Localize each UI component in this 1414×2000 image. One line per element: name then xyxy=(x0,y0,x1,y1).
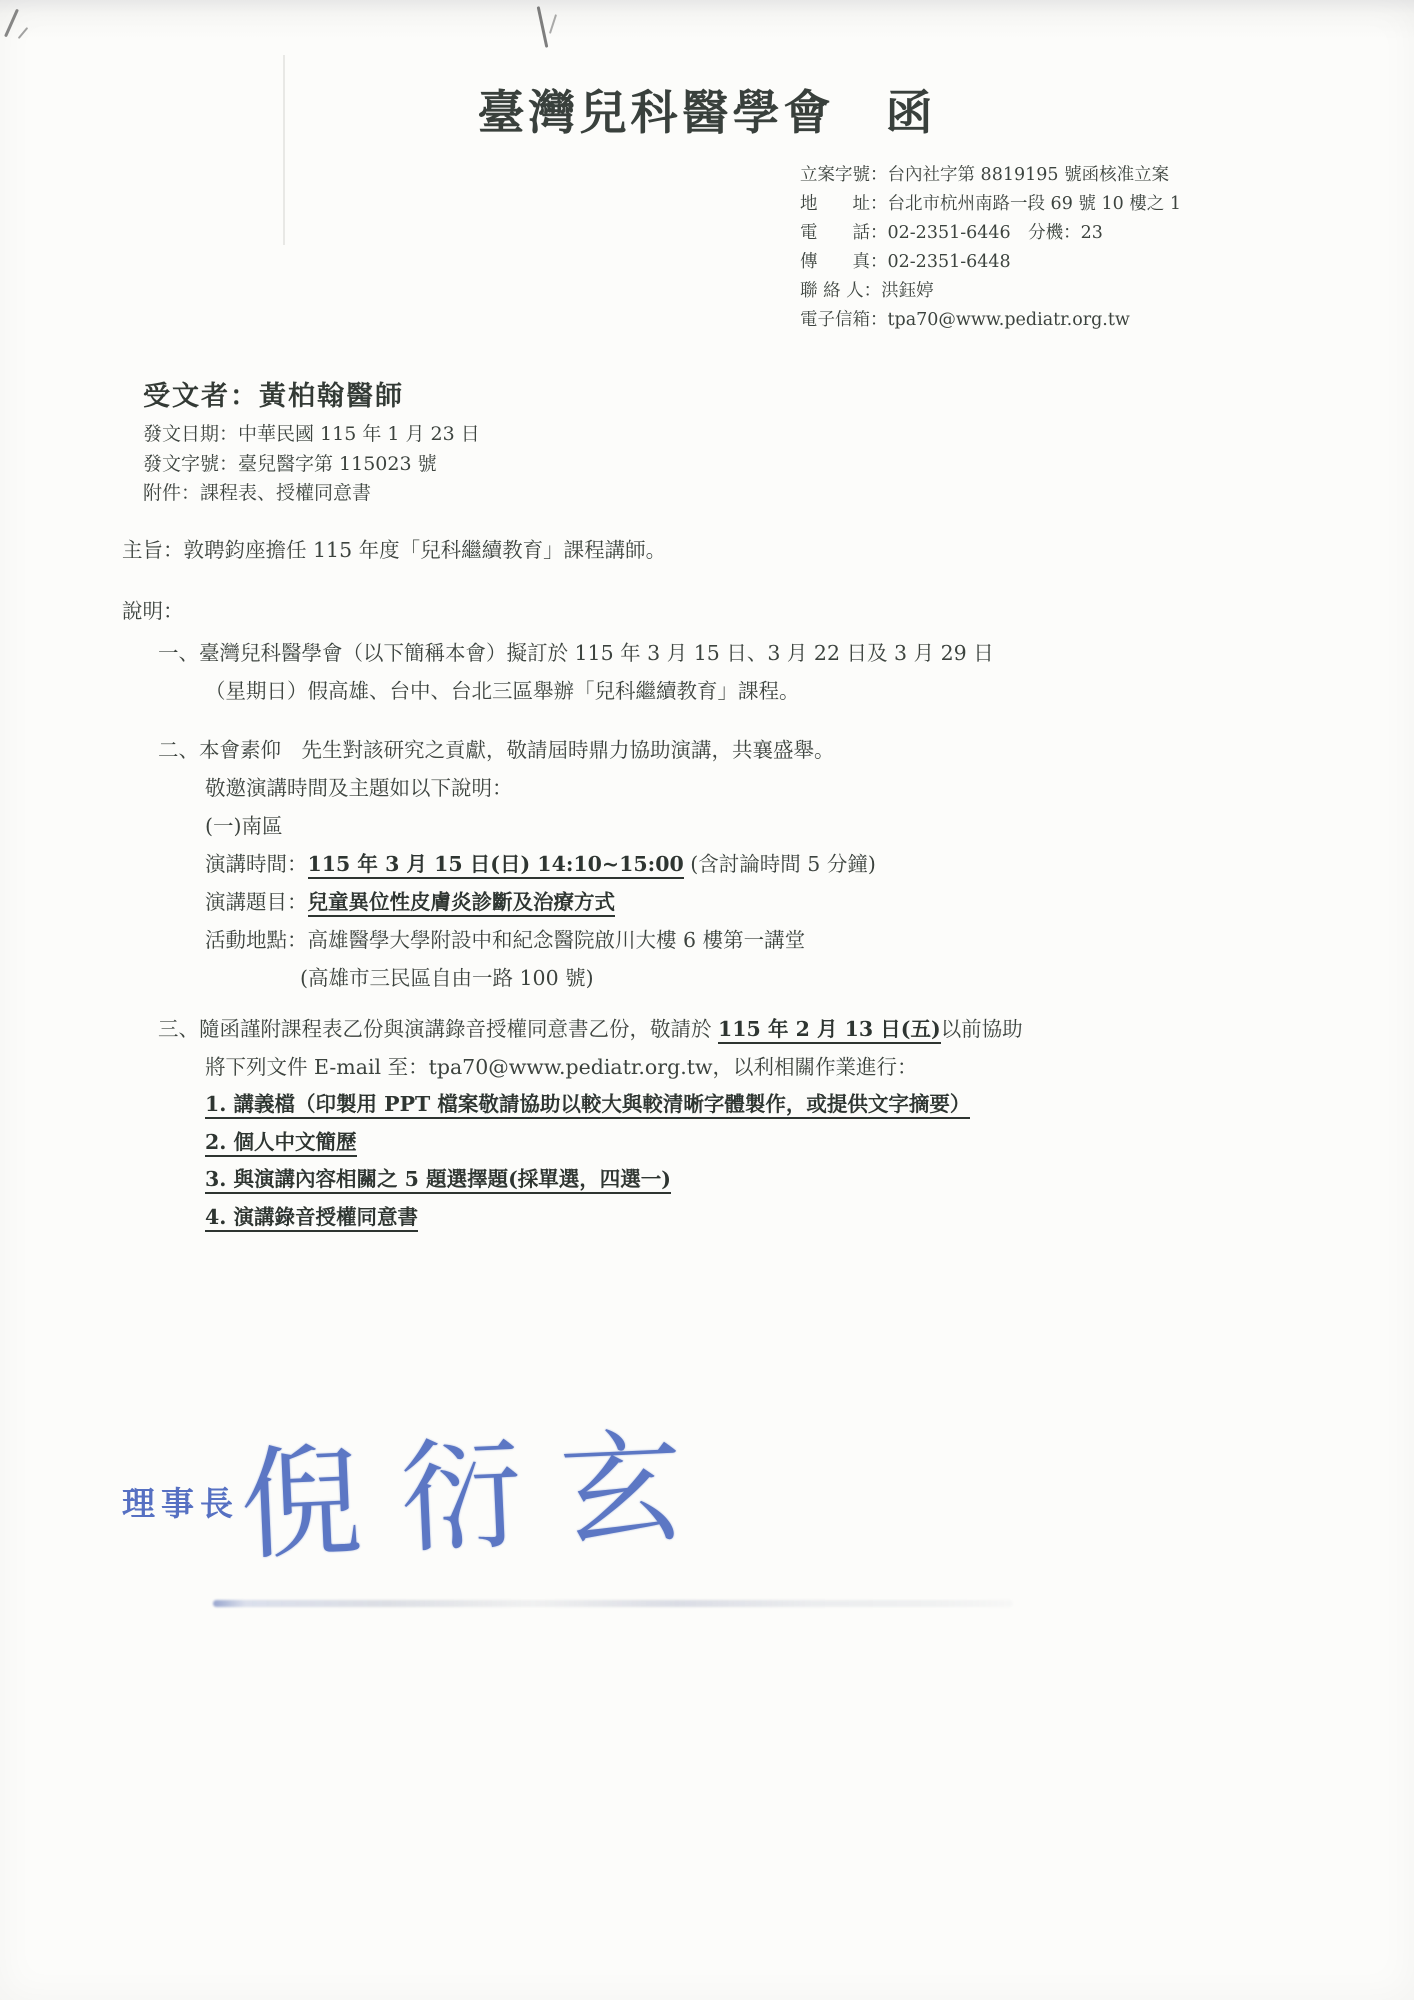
recipient-line: 受文者：黃柏翰醫師 xyxy=(143,374,404,413)
venue-line: 活動地點：高雄醫學大學附設中和紀念醫院啟川大樓 6 樓第一講堂 xyxy=(205,921,876,959)
item-3: 三、隨函謹附課程表乙份與演講錄音授權同意書乙份，敬請於 115 年 2 月 13… xyxy=(158,1011,1023,1236)
attachment-list-item-4: 4. 演講錄音授權同意書 xyxy=(205,1199,1023,1237)
scanned-letter-page: 臺灣兒科醫學會 函 立案字號：台內社字第 8819195 號函核准立案 地 址：… xyxy=(0,0,1414,2000)
item-3-line-1-pre: 三、隨函謹附課程表乙份與演講錄音授權同意書乙份，敬請於 xyxy=(158,1017,718,1041)
item-2: 二、本會素仰 先生對該研究之貢獻，敬請屆時鼎力協助演講，共襄盛舉。 敬邀演講時間… xyxy=(158,731,876,997)
item-3-line-1-post: 以前協助 xyxy=(941,1017,1023,1041)
lecture-time-note: (含討論時間 5 分鐘) xyxy=(684,852,876,876)
letter-title: 臺灣兒科醫學會 函 xyxy=(0,76,1414,143)
contact-line-fax: 傳 真：02-2351-6448 xyxy=(800,248,1181,277)
deadline-value: 115 年 2 月 13 日(五) xyxy=(718,1017,941,1044)
item-2-region-heading: (一)南區 xyxy=(205,807,876,845)
scan-artifact xyxy=(537,6,549,48)
item-1: 一、臺灣兒科醫學會（以下簡稱本會）擬訂於 115 年 3 月 15 日、3 月 … xyxy=(158,634,994,710)
attachment-list-item-3: 3. 與演講內容相關之 5 題選擇題(採單選，四選一) xyxy=(205,1161,1023,1199)
item-3-line-2: 將下列文件 E-mail 至：tpa70@www.pediatr.org.tw，… xyxy=(205,1049,1023,1087)
scan-artifact xyxy=(18,27,29,39)
attachment-list-item-1: 1. 講義檔（印製用 PPT 檔案敬請協助以較大與較清晰字體製作，或提供文字摘要… xyxy=(205,1086,1023,1124)
lecture-time-label: 演講時間： xyxy=(205,852,308,876)
subject-line: 主旨：敦聘鈞座擔任 115 年度「兒科繼續教育」課程講師。 xyxy=(122,533,666,563)
attachment-list-item-2: 2. 個人中文簡歷 xyxy=(205,1124,1023,1162)
contact-line-phone: 電 話：02-2351-6446 分機：23 xyxy=(800,219,1181,248)
meta-line-number: 發文字號：臺兒醫字第 115023 號 xyxy=(143,450,480,480)
venue-address-line: (高雄市三民區自由一路 100 號) xyxy=(300,959,876,997)
item-2-line-1: 二、本會素仰 先生對該研究之貢獻，敬請屆時鼎力協助演講，共襄盛舉。 xyxy=(158,731,876,769)
org-contact-block: 立案字號：台內社字第 8819195 號函核准立案 地 址：台北市杭州南路一段 … xyxy=(800,161,1181,335)
item-3-line-1: 三、隨函謹附課程表乙份與演講錄音授權同意書乙份，敬請於 115 年 2 月 13… xyxy=(158,1011,1023,1049)
lecture-time-line: 演講時間：115 年 3 月 15 日(日) 14:10~15:00 (含討論時… xyxy=(205,845,876,883)
meta-line-attachments: 附件：課程表、授權同意書 xyxy=(143,479,480,509)
lecture-time-value: 115 年 3 月 15 日(日) 14:10~15:00 xyxy=(308,852,684,879)
lecture-topic-value: 兒童異位性皮膚炎診斷及治療方式 xyxy=(308,890,616,917)
lecture-topic-label: 演講題目： xyxy=(205,890,308,914)
signature-smudge xyxy=(213,1600,1013,1607)
explanation-heading: 說明： xyxy=(122,594,184,624)
item-1-line-2: （星期日）假高雄、台中、台北三區舉辦「兒科繼續教育」課程。 xyxy=(205,672,994,710)
chairman-signature: 倪衍玄 xyxy=(236,1388,723,1584)
item-2-line-2: 敬邀演講時間及主題如以下說明： xyxy=(205,769,876,807)
venue-value: 高雄醫學大學附設中和紀念醫院啟川大樓 6 樓第一講堂 xyxy=(308,928,806,952)
scan-artifact xyxy=(4,9,19,38)
chairman-title: 理事長 xyxy=(122,1478,239,1525)
contact-line-person: 聯 絡 人：洪鈺婷 xyxy=(800,277,1181,306)
meta-line-date: 發文日期：中華民國 115 年 1 月 23 日 xyxy=(143,420,480,450)
contact-line-email: 電子信箱：tpa70@www.pediatr.org.tw xyxy=(800,306,1181,335)
scan-artifact xyxy=(549,14,557,34)
contact-line-registration: 立案字號：台內社字第 8819195 號函核准立案 xyxy=(800,161,1181,190)
lecture-topic-line: 演講題目：兒童異位性皮膚炎診斷及治療方式 xyxy=(205,883,876,921)
letter-meta-block: 發文日期：中華民國 115 年 1 月 23 日 發文字號：臺兒醫字第 1150… xyxy=(143,420,480,509)
venue-label: 活動地點： xyxy=(205,928,308,952)
item-1-line-1: 一、臺灣兒科醫學會（以下簡稱本會）擬訂於 115 年 3 月 15 日、3 月 … xyxy=(158,634,994,672)
contact-line-address: 地 址：台北市杭州南路一段 69 號 10 樓之 1 xyxy=(800,190,1181,219)
